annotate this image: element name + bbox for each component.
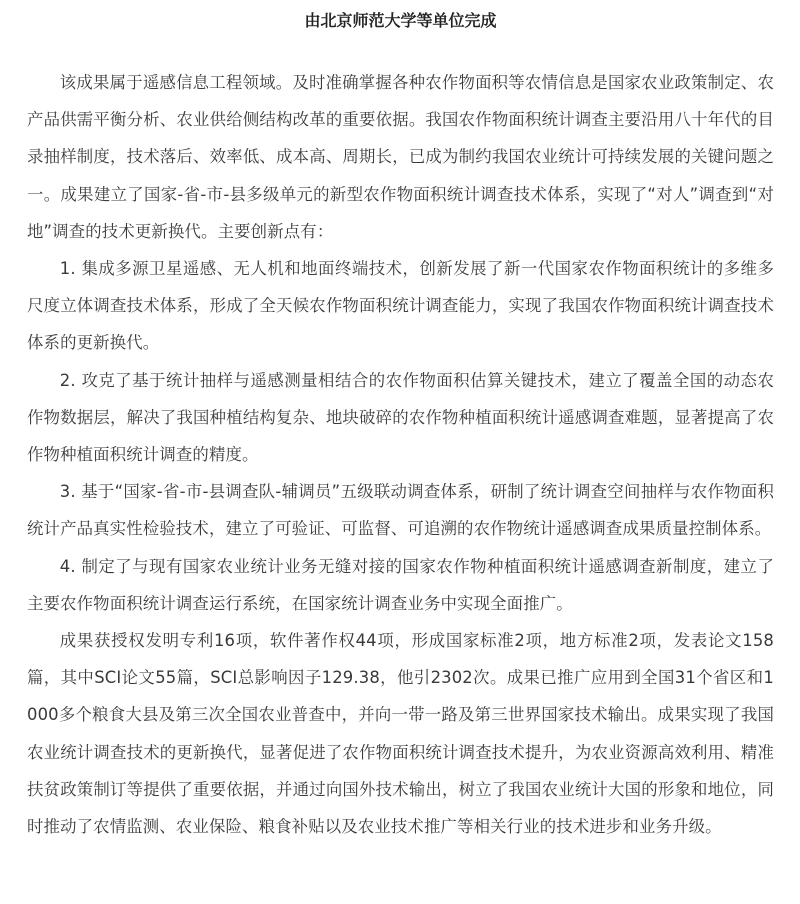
document-title: 由北京师范大学等单位完成 <box>27 0 774 49</box>
achievements-paragraph: 成果获授权发明专利16项，软件著作权44项，形成国家标准2项，地方标准2项，发表… <box>27 622 774 845</box>
innovation-point-1: 1. 集成多源卫星遥感、无人机和地面终端技术，创新发展了新一代国家农作物面积统计… <box>27 250 774 362</box>
intro-paragraph: 该成果属于遥感信息工程领域。及时准确掌握各种农作物面积等农情信息是国家农业政策制… <box>27 64 774 250</box>
innovation-point-3: 3. 基于“国家-省-市-县调查队-辅调员”五级联动调查体系，研制了统计调查空间… <box>27 473 774 547</box>
document-body: 该成果属于遥感信息工程领域。及时准确掌握各种农作物面积等农情信息是国家农业政策制… <box>27 64 774 845</box>
innovation-point-4: 4. 制定了与现有国家农业统计业务无缝对接的国家农作物种植面积统计遥感调查新制度… <box>27 548 774 622</box>
document-page: 由北京师范大学等单位完成 该成果属于遥感信息工程领域。及时准确掌握各种农作物面积… <box>0 0 800 904</box>
innovation-point-2: 2. 攻克了基于统计抽样与遥感测量相结合的农作物面积估算关键技术，建立了覆盖全国… <box>27 362 774 474</box>
